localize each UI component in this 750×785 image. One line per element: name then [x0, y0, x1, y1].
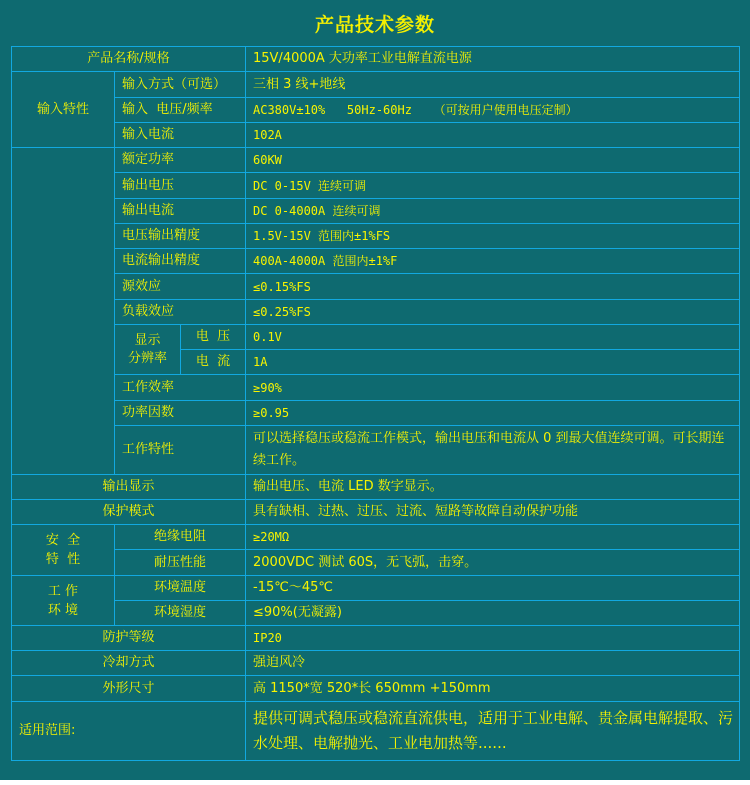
input-method-value: 三相 3 线+地线 [245, 71, 740, 98]
input-method-label: 输入方式（可选） [114, 71, 246, 98]
current-accuracy-value: 400A-4000A 范围内±1%F [245, 248, 740, 274]
resolution-voltage-label: 电 压 [180, 324, 246, 350]
spec-page: 产品技术参数 产品名称/规格 15V/4000A 大功率工业电解直流电源 输入特… [0, 0, 750, 780]
rated-power-label: 额定功率 [114, 147, 246, 173]
source-effect-value: ≤0.15%FS [245, 273, 740, 300]
resolution-current-value: 1A [245, 349, 740, 375]
ambient-temperature-value: -15℃～45℃ [245, 575, 740, 601]
insulation-value: ≥20MΩ [245, 524, 740, 550]
power-factor-value: ≥0.95 [245, 400, 740, 426]
input-group-label: 输入特性 [11, 71, 115, 148]
load-effect-label: 负载效应 [114, 299, 246, 325]
withstand-voltage-value: 2000VDC 测试 60S，无飞弧，击穿。 [245, 549, 740, 576]
output-current-label: 输出电流 [114, 198, 246, 224]
application-value: 提供可调式稳压或稳流直流供电，适用于工业电解、贵金属电解提取、污水处理、电解抛光… [245, 701, 740, 761]
ambient-humidity-value: ≤90%(无凝露) [245, 600, 740, 626]
cooling-method-label: 冷却方式 [11, 650, 246, 676]
output-voltage-label: 输出电压 [114, 172, 246, 199]
protection-class-label: 防护等级 [11, 625, 246, 651]
resolution-current-label: 电 流 [180, 349, 246, 375]
safety-group-label: 安 全 特 性 [11, 524, 115, 576]
application-label: 适用范围: [11, 701, 246, 761]
rated-power-value: 60KW [245, 147, 740, 173]
display-resolution-line1: 显示 [134, 332, 160, 350]
output-display-label: 输出显示 [11, 474, 246, 500]
voltage-accuracy-label: 电压输出精度 [114, 223, 246, 249]
safety-group-line1: 安 全 [46, 531, 80, 550]
dimensions-label: 外形尺寸 [11, 675, 246, 702]
ambient-humidity-label: 环境湿度 [114, 600, 246, 626]
ambient-temperature-label: 环境温度 [114, 575, 246, 601]
insulation-label: 绝缘电阻 [114, 524, 246, 550]
safety-group-line2: 特 性 [46, 550, 80, 569]
product-name-label: 产品名称/规格 [11, 46, 246, 72]
page-title: 产品技术参数 [0, 10, 750, 37]
output-current-value: DC 0-4000A 连续可调 [245, 198, 740, 224]
product-name-value: 15V/4000A 大功率工业电解直流电源 [245, 46, 740, 72]
power-factor-label: 功率因数 [114, 400, 246, 426]
dimensions-value: 高 1150*宽 520*长 650mm +150mm [245, 675, 740, 702]
environment-group-line1: 工 作 [48, 582, 78, 601]
environment-group-label: 工 作 环 境 [11, 575, 115, 626]
protection-mode-value: 具有缺相、过热、过压、过流、短路等故障自动保护功能 [245, 499, 740, 525]
withstand-voltage-label: 耐压性能 [114, 549, 246, 576]
output-group-cell [11, 147, 115, 475]
work-characteristic-label: 工作特性 [114, 425, 246, 475]
efficiency-label: 工作效率 [114, 374, 246, 401]
input-current-label: 输入电流 [114, 122, 246, 148]
environment-group-line2: 环 境 [48, 601, 78, 620]
input-current-value: 102A [245, 122, 740, 148]
output-display-value: 输出电压、电流 LED 数字显示。 [245, 474, 740, 500]
efficiency-value: ≥90% [245, 374, 740, 401]
protection-mode-label: 保护模式 [11, 499, 246, 525]
work-characteristic-value: 可以选择稳压或稳流工作模式，输出电压和电流从 0 到最大值连续可调。可长期连续工… [245, 425, 740, 475]
protection-class-value: IP20 [245, 625, 740, 651]
source-effect-label: 源效应 [114, 273, 246, 300]
input-voltage-value: AC380V±10% 50Hz-60Hz （可按用户使用电压定制） [245, 97, 740, 123]
output-voltage-value: DC 0-15V 连续可调 [245, 172, 740, 199]
display-resolution-line2: 分辨率 [128, 350, 167, 368]
load-effect-value: ≤0.25%FS [245, 299, 740, 325]
current-accuracy-label: 电流输出精度 [114, 248, 246, 274]
display-resolution-label: 显示 分辨率 [114, 324, 181, 375]
voltage-accuracy-value: 1.5V-15V 范围内±1%FS [245, 223, 740, 249]
input-voltage-label: 输入 电压/频率 [114, 97, 246, 123]
cooling-method-value: 强迫风冷 [245, 650, 740, 676]
resolution-voltage-value: 0.1V [245, 324, 740, 350]
